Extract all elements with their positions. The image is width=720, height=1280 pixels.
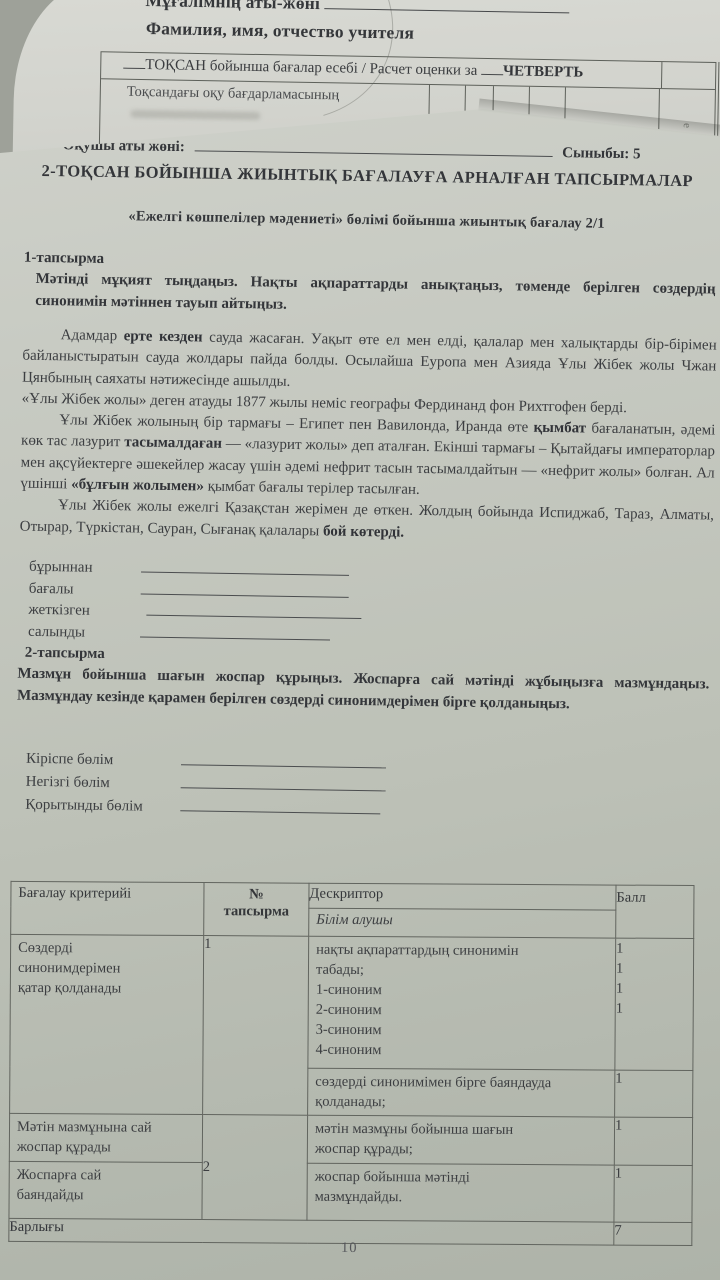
worksheet-page: Оқушы аты жөні: Сыныбы: 5 2-ТОҚСАН БОЙЫН… — [0, 0, 720, 1280]
header-descriptor: Дескриптор — [309, 883, 616, 910]
criterion-2-line: жоспар құрады — [17, 1137, 195, 1158]
descriptor-1a-line: 3-синоним — [316, 1020, 608, 1042]
task-number-1: 1 — [203, 936, 309, 1116]
rubric-header-row: Бағалау критерийі № тапсырма Дескриптор … — [11, 881, 694, 910]
score-3: 1 — [614, 1165, 692, 1222]
score-2: 1 — [614, 1117, 692, 1165]
descriptor-3-line: мазмұндайды. — [315, 1187, 607, 1209]
criterion-1-line: қатар қолданады — [18, 978, 196, 999]
descriptor-1a-line: 1-синоним — [316, 980, 608, 1002]
descriptor-2-line: мәтін мазмұны бойынша шағын — [315, 1119, 607, 1141]
quarter-number-blank — [123, 56, 145, 69]
illegible-smudge — [130, 110, 260, 120]
descriptor-1b-line: сөздерді синонимімен бірге баяндауда — [315, 1072, 607, 1094]
score-1b: 1 — [615, 1070, 693, 1117]
header-task-no-line1: № — [204, 883, 308, 904]
header-score: Балл — [616, 885, 694, 938]
descriptor-3: жоспар бойынша мәтінді мазмұндайды. — [307, 1163, 614, 1222]
quarter-row-text: ТОҚСАН бойынша бағалар есебі / Расчет оц… — [145, 57, 477, 79]
header-criteria: Бағалау критерийі — [11, 881, 204, 935]
descriptor-1a-line: табады; — [316, 960, 608, 982]
rubric-row-3: Жоспарға сай баяндайды жоспар бойынша мә… — [9, 1161, 692, 1222]
rubric-row-2: Мәтін мазмұнына сай жоспар құрады 2 мәті… — [9, 1113, 692, 1165]
teacher-name-blank — [325, 0, 570, 13]
teacher-name-label-kk-text: Мұғалімнің аты-жөні — [145, 0, 320, 13]
quarter-word-ru: ЧЕТВЕРТЬ — [503, 63, 584, 80]
quarter-row-empty-cell — [661, 62, 715, 89]
descriptor-1a-line: 2-синоним — [316, 1000, 608, 1022]
criterion-2: Мәтін мазмұнына сай жоспар құрады — [9, 1113, 202, 1162]
assessment-rubric-table: Бағалау критерийі № тапсырма Дескриптор … — [8, 881, 694, 1246]
header-descriptor-sub: Білім алушы — [309, 908, 616, 938]
descriptor-1a-line: нақты ақпараттардың синонимін — [316, 940, 608, 962]
score-value: 1 — [616, 979, 693, 999]
descriptor-1b: сөздерді синонимімен бірге баяндауда қол… — [308, 1068, 615, 1117]
descriptor-1a: нақты ақпараттардың синонимін табады; 1-… — [308, 936, 616, 1070]
quarter-number-blank-ru — [481, 62, 503, 75]
header-task-no-line2: тапсырма — [204, 903, 308, 921]
worksheet-lower-content: Бағалау критерийі № тапсырма Дескриптор … — [0, 0, 720, 1280]
criterion-2-line: Мәтін мазмұнына сай — [17, 1117, 195, 1138]
criterion-3: Жоспарға сай баяндайды — [9, 1161, 202, 1219]
descriptor-3-line: жоспар бойынша мәтінді — [315, 1167, 607, 1189]
criterion-1: Сөздерді синонимдерімен қатар қолданады — [10, 934, 204, 1114]
rubric-row-1a: Сөздерді синонимдерімен қатар қолданады … — [10, 934, 694, 1070]
criterion-1-line: Сөздерді — [18, 938, 196, 959]
score-value: 1 — [616, 959, 693, 979]
page-number: 10 — [0, 1238, 702, 1259]
score-1a: 1 1 1 1 — [615, 938, 694, 1070]
criterion-3-line: баяндайды — [17, 1185, 195, 1206]
descriptor-2: мәтін мазмұны бойынша шағын жоспар құрад… — [307, 1115, 614, 1165]
program-text: Тоқсандағы оқу бағдарламасының — [127, 84, 340, 104]
photographed-document: Мұғалімнің аты-жөні Фамилия, имя, отчест… — [0, 0, 720, 1280]
header-task-no: № тапсырма — [204, 883, 309, 937]
criterion-1-line: синонимдерімен — [18, 958, 196, 979]
descriptor-2-line: жоспар құрады; — [315, 1139, 607, 1161]
task-number-2: 2 — [202, 1115, 308, 1221]
teacher-name-label-ru-text: Фамилия, имя, отчество учителя — [146, 18, 415, 43]
score-value: 1 — [616, 939, 693, 959]
descriptor-1a-line: 4-синоним — [315, 1040, 607, 1062]
score-value: 1 — [616, 999, 693, 1019]
descriptor-1b-line: қолданады; — [315, 1092, 607, 1114]
criterion-3-line: Жоспарға сай — [17, 1165, 195, 1186]
